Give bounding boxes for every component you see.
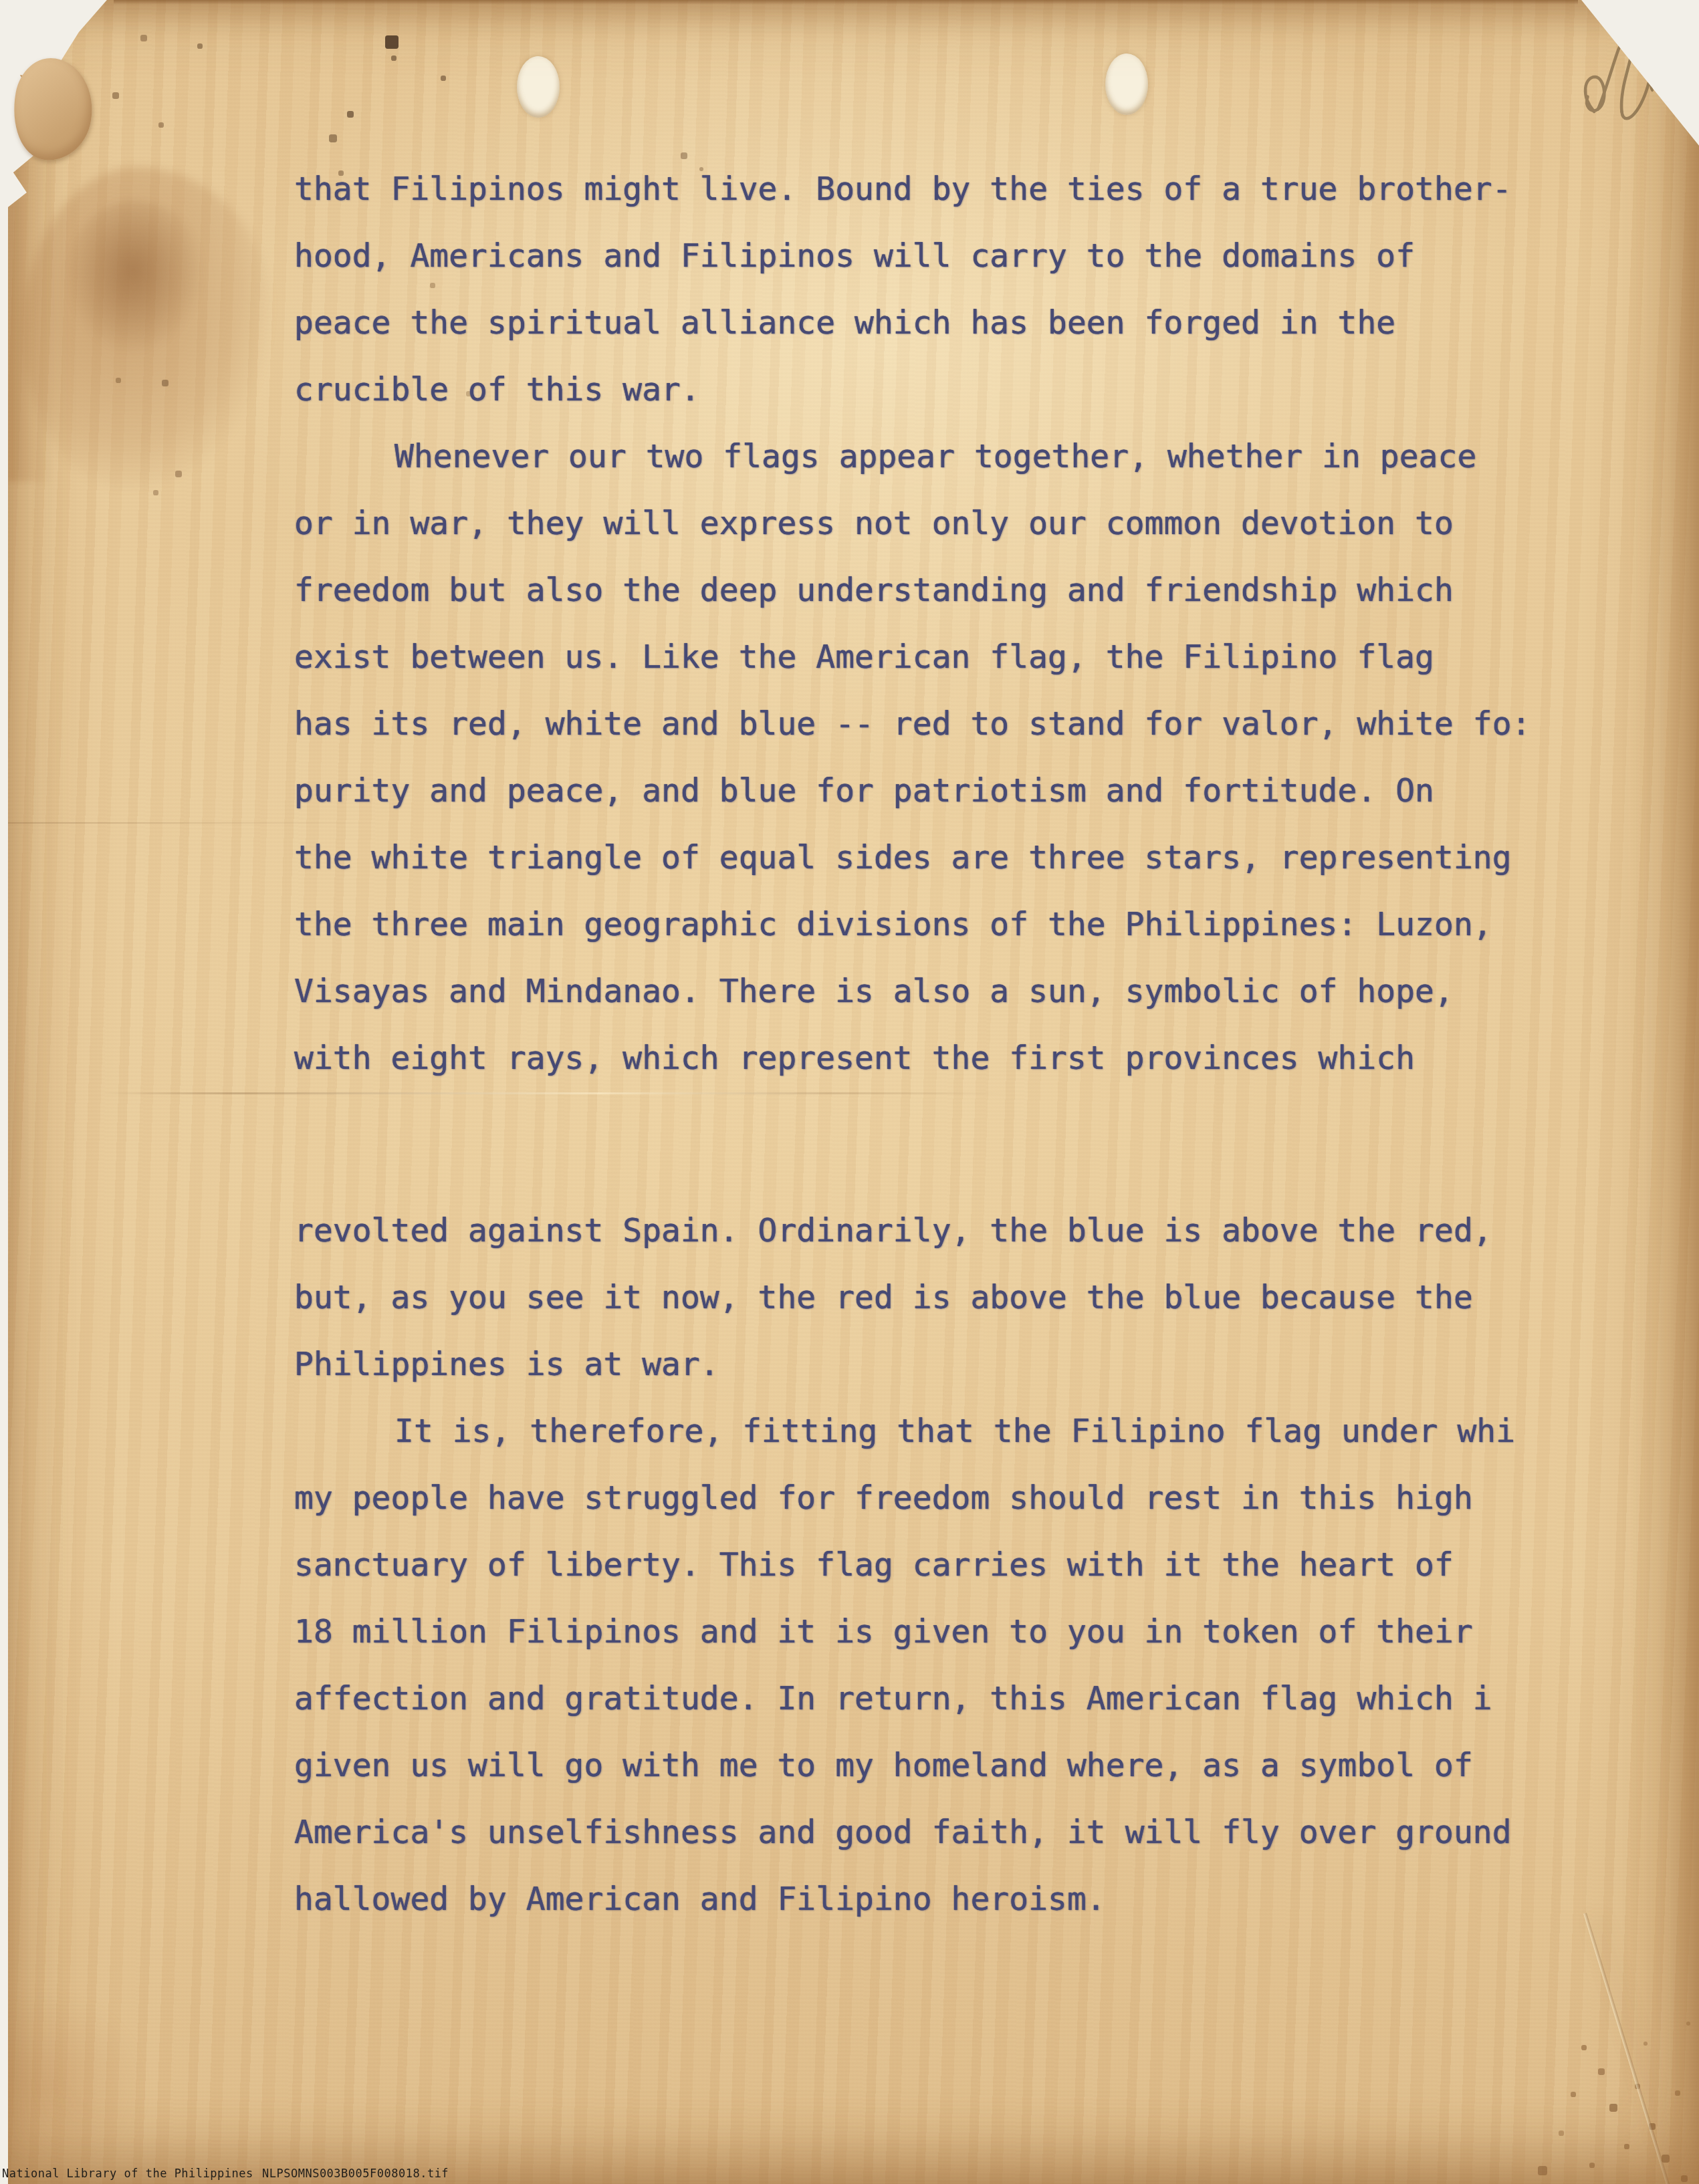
typed-line: Whenever our two flags appear together, …	[294, 423, 1618, 490]
typed-line: but, as you see it now, the red is above…	[294, 1264, 1618, 1331]
stain	[64, 201, 204, 354]
handwritten-annotation	[1551, 15, 1699, 156]
scanner-footer-filename: NLPSOMNS003B005F008018.tif	[262, 2167, 449, 2181]
typewritten-text: that Filipinos might live. Bound by the …	[294, 156, 1618, 1933]
typed-line: revolted against Spain. Ordinarily, the …	[294, 1197, 1618, 1264]
typed-line: the white triangle of equal sides are th…	[294, 824, 1618, 891]
typed-line: has its red, white and blue -- red to st…	[294, 691, 1618, 757]
paper-top-edge-shadow	[114, 0, 1578, 5]
typed-line: my people have struggled for freedom sho…	[294, 1465, 1618, 1532]
typed-line: given us will go with me to my homeland …	[294, 1732, 1618, 1799]
typed-line: sanctuary of liberty. This flag carries …	[294, 1532, 1618, 1598]
corner-fold-crease	[1583, 1913, 1671, 2184]
typed-line: with eight rays, which represent the fir…	[294, 1025, 1618, 1092]
typed-line: or in war, they will express not only ou…	[294, 490, 1618, 557]
typed-line: freedom but also the deep understanding …	[294, 557, 1618, 624]
horizontal-crease	[0, 822, 388, 824]
typed-line: America's unselfishness and good faith, …	[294, 1799, 1618, 1866]
typed-line: 18 million Filipinos and it is given to …	[294, 1598, 1618, 1665]
foxing-specks	[0, 0, 1, 1]
typed-line: Philippines is at war.	[294, 1331, 1618, 1398]
typed-line: hood, Americans and Filipinos will carry…	[294, 223, 1618, 289]
typed-line: peace the spiritual alliance which has b…	[294, 289, 1618, 356]
typed-line: Visayas and Mindanao. There is also a su…	[294, 958, 1618, 1025]
typed-line: affection and gratitude. In return, this…	[294, 1665, 1618, 1732]
stain	[23, 167, 270, 488]
typed-line: crucible of this war.	[294, 356, 1618, 423]
punch-hole-right	[1105, 53, 1148, 115]
paper-sheet: that Filipinos might live. Bound by the …	[0, 0, 1699, 2184]
scanner-footer-library: National Library of the Philippines	[2, 2167, 253, 2181]
typed-line: hallowed by American and Filipino herois…	[294, 1866, 1618, 1933]
typed-line: exist between us. Like the American flag…	[294, 624, 1618, 691]
typed-line: It is, therefore, fitting that the Filip…	[294, 1398, 1618, 1465]
typed-line: that Filipinos might live. Bound by the …	[294, 156, 1618, 223]
typed-line: purity and peace, and blue for patriotis…	[294, 757, 1618, 824]
horizontal-crease	[100, 1092, 1010, 1094]
stain	[0, 1992, 147, 2184]
scanned-document: that Filipinos might live. Bound by the …	[0, 0, 1699, 2184]
typed-line: the three main geographic divisions of t…	[294, 891, 1618, 958]
ink-specks	[0, 0, 1, 1]
punch-hole-left	[517, 56, 560, 118]
